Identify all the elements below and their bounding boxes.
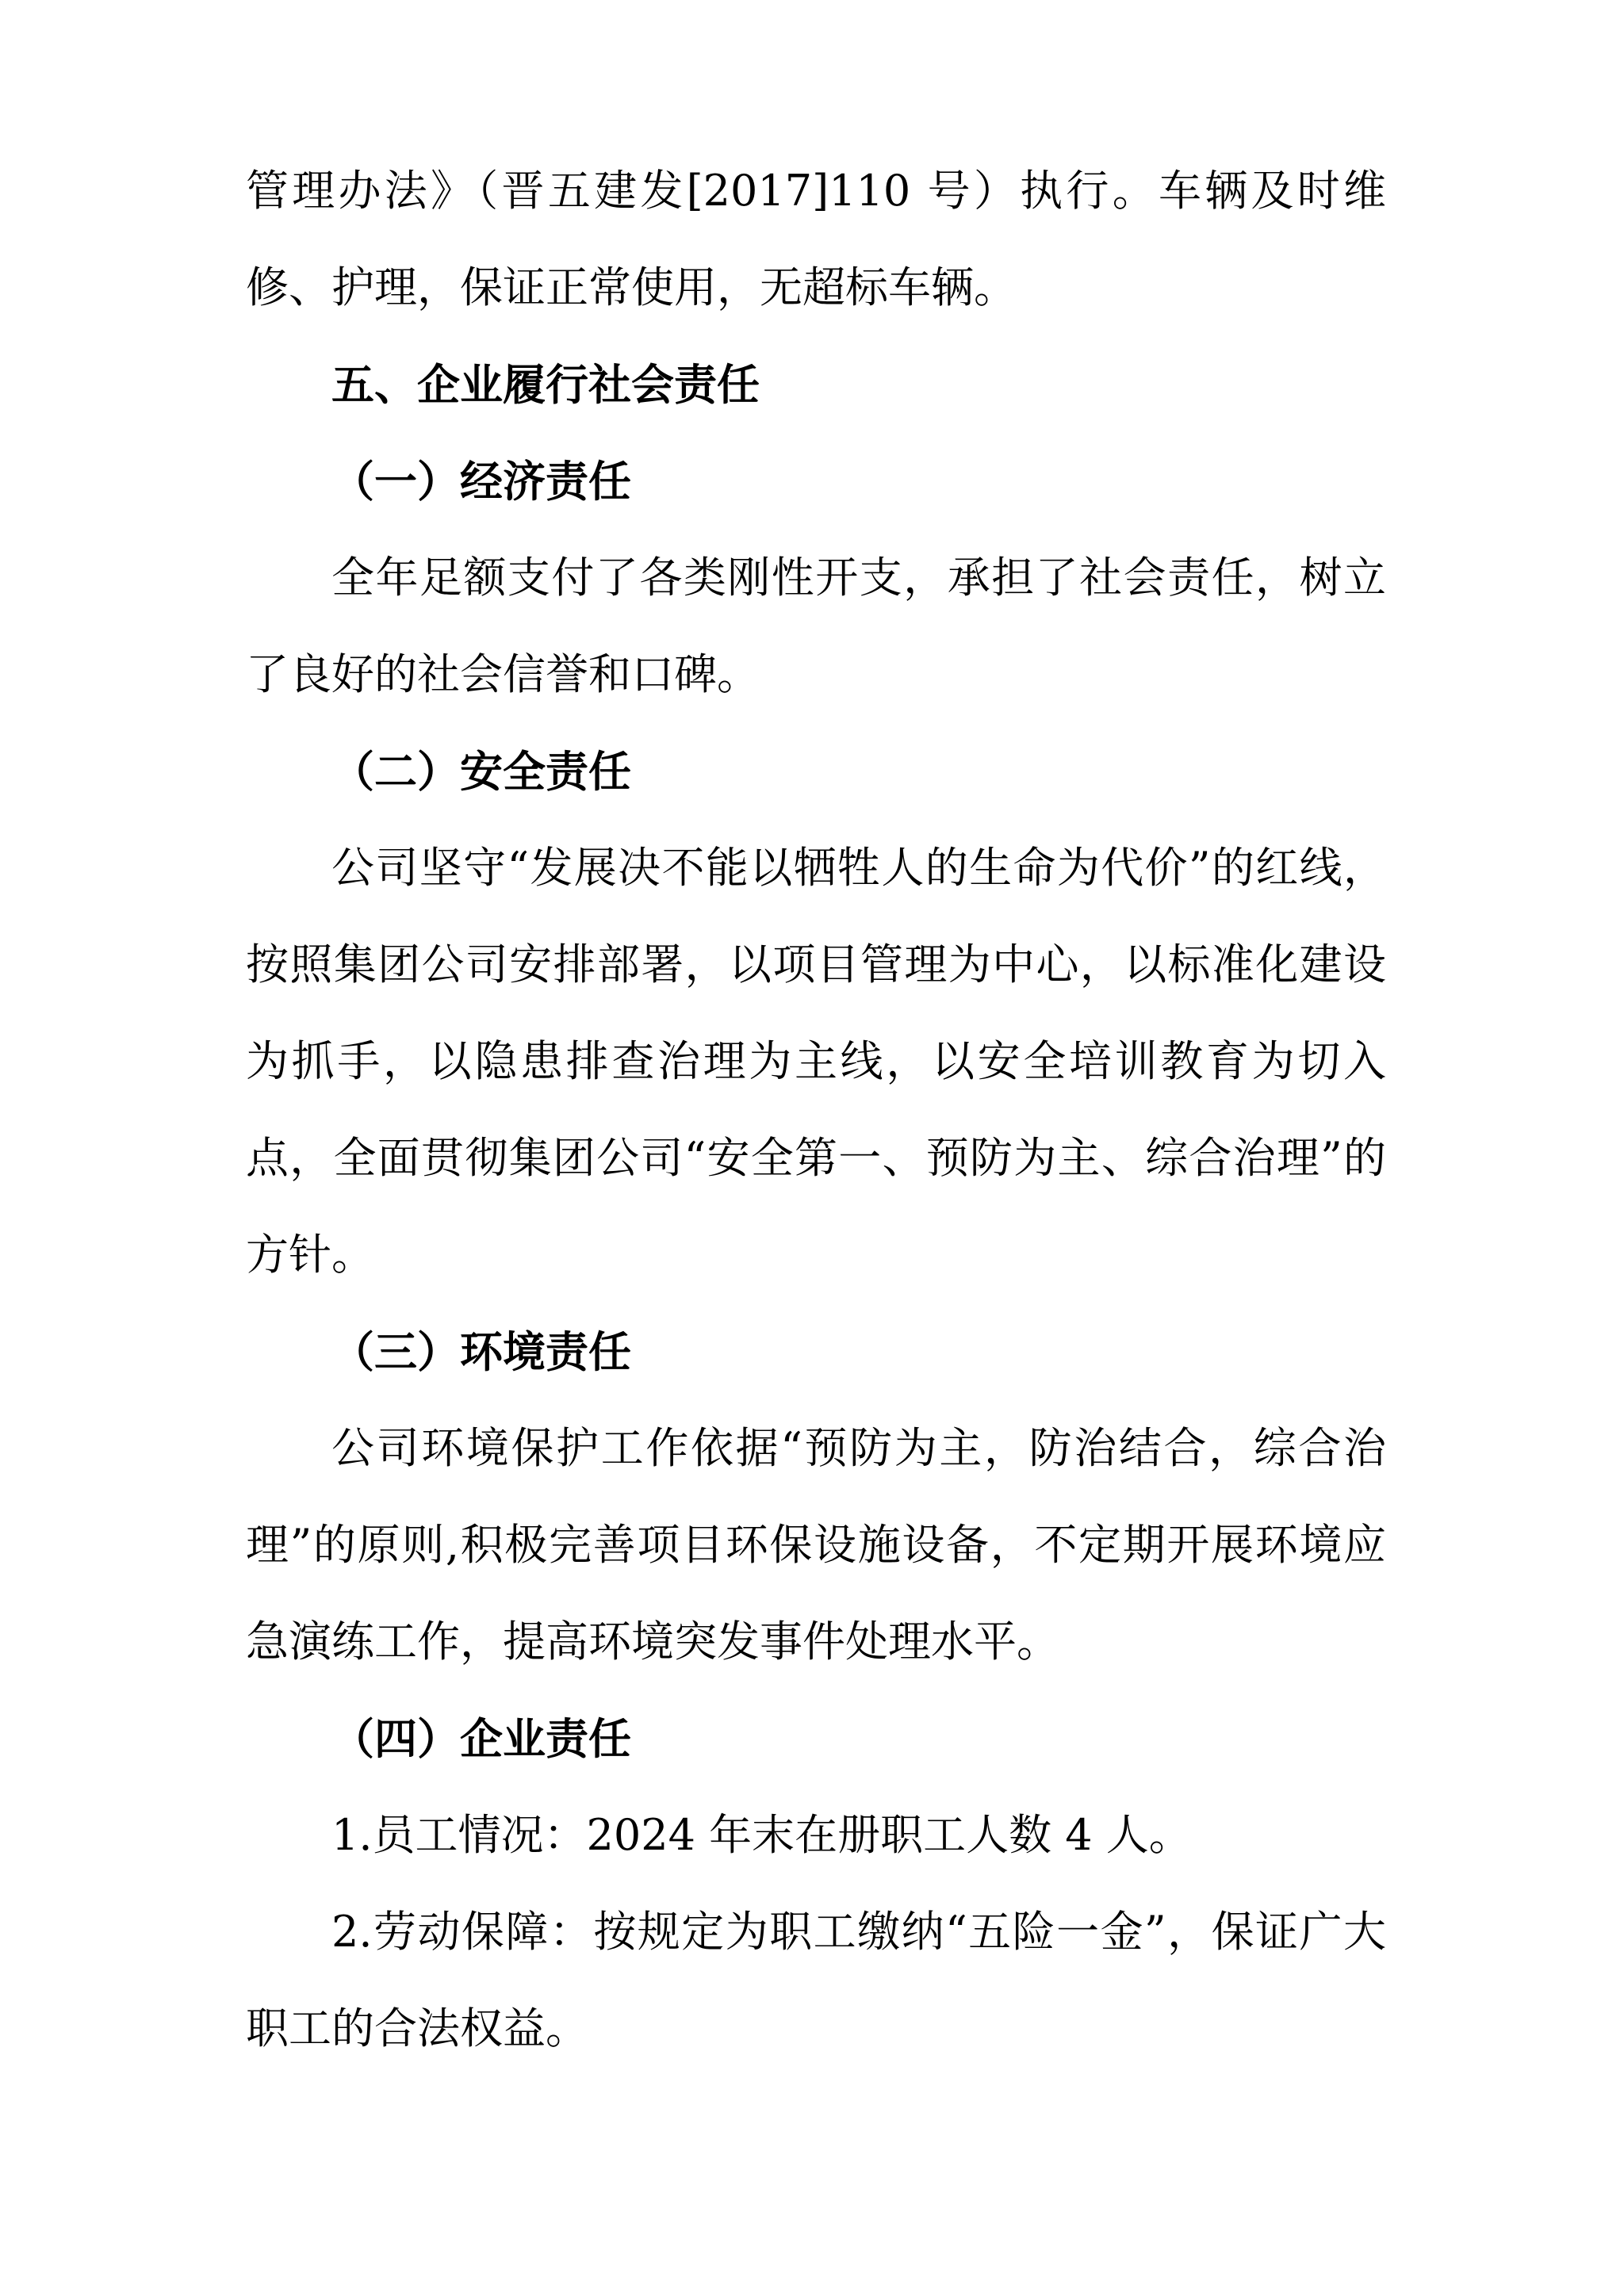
subsection-heading-environment: （三）环境责任	[246, 1303, 1386, 1400]
paragraph-labor-security: 2.劳动保障：按规定为职工缴纳“五险一金”，保证广大职工的合法权益。	[246, 1884, 1386, 2077]
paragraph-safety: 公司坚守“发展决不能以牺牲人的生命为代价”的红线，按照集团公司安排部署，以项目管…	[246, 820, 1386, 1303]
subsection-heading-economic: （一）经济责任	[246, 433, 1386, 530]
subsection-heading-safety: （二）安全责任	[246, 723, 1386, 820]
document-content: 管理办法》（晋五建发[2017]110 号）执行。车辆及时维修、护理，保证正常使…	[246, 143, 1386, 2077]
paragraph-economic: 全年足额支付了各类刚性开支，承担了社会责任，树立了良好的社会信誉和口碑。	[246, 530, 1386, 723]
paragraph-continuation: 管理办法》（晋五建发[2017]110 号）执行。车辆及时维修、护理，保证正常使…	[246, 143, 1386, 336]
paragraph-staff: 1.员工情况：2024 年末在册职工人数 4 人。	[246, 1787, 1386, 1884]
section-heading-social-responsibility: 五、企业履行社会责任	[246, 336, 1386, 433]
subsection-heading-enterprise: （四）企业责任	[246, 1690, 1386, 1787]
document-page: 管理办法》（晋五建发[2017]110 号）执行。车辆及时维修、护理，保证正常使…	[0, 0, 1624, 2296]
paragraph-environment: 公司环境保护工作依据“预防为主，防治结合，综合治理”的原则,积极完善项目环保设施…	[246, 1400, 1386, 1690]
